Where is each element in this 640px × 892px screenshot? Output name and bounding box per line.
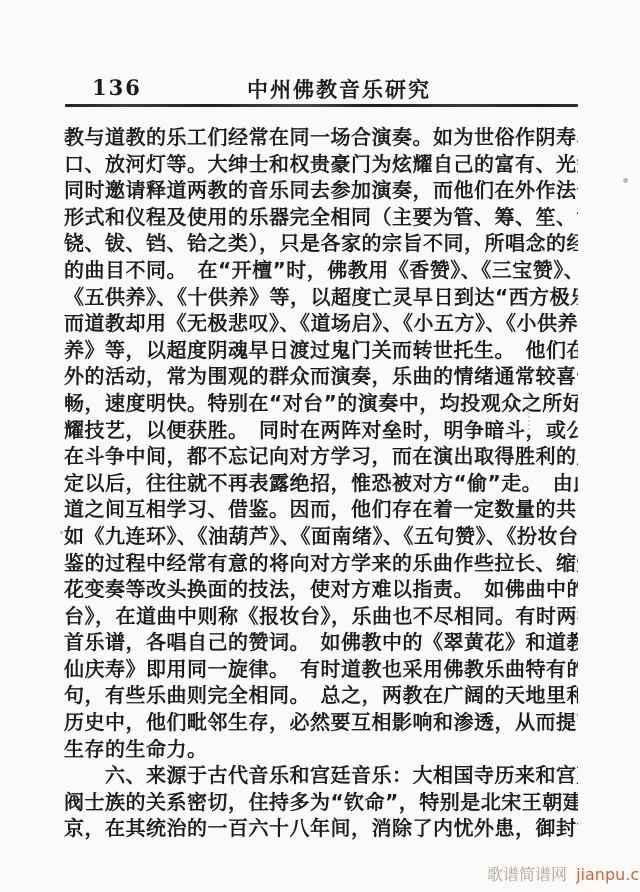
scan-speck <box>60 531 63 534</box>
body-text-line: 《五供养》、《十供养》等，以超度亡灵早日到达“西方极乐世界”； <box>64 284 578 311</box>
body-text-line: 六、来源于古代音乐和宫廷音乐：大相国寺历来和宫廷、门 <box>64 762 578 789</box>
body-text-line: 首乐谱，各唱自己的赞词。 如佛教中的《翠黄花》和道教中的《八 <box>64 629 578 656</box>
body-text-line: 而道教却用《无极悲叹》、《道场启》、《小五方》、《小供养》、《大供 <box>64 310 578 337</box>
body-text-line: 道之间互相学习、借鉴。因而，他们存在着一定数量的共同曲目， <box>64 496 578 523</box>
page-header-title: 中州佛教音乐研究 <box>82 74 596 104</box>
body-text-line: 口、放河灯等。大绅士和权贵豪门为炫耀自己的富有、光宗耀祖， <box>64 151 578 178</box>
scanned-book-page: 136 中州佛教音乐研究 教与道教的乐工们经常在同一场合演奏。如为世俗作阴寿、放… <box>0 0 640 892</box>
body-text-line: 生存的生命力。 <box>64 736 578 763</box>
watermark-domain: jianpu.cn <box>576 865 640 884</box>
watermark-site-name: 歌谱简谱网 <box>487 865 567 884</box>
body-text-line: 历史中，他们毗邻生存，必然要互相影响和渗透，从而提高自我 <box>64 709 578 736</box>
body-text-line: 阀士族的关系密切，住持多为“钦命”，特别是北宋王朝建都东 <box>64 789 578 816</box>
body-text-line: 花变奏等改头换面的技法，使对方难以指责。 如佛曲中的《报中 <box>64 576 578 603</box>
body-text: 教与道教的乐工们经常在同一场合演奏。如为世俗作阴寿、放焰 口、放河灯等。大绅士和… <box>64 124 578 842</box>
body-text-line: 鉴的过程中经常有意的将向对方学来的乐曲作些拉长、缩短、加 <box>64 550 578 577</box>
body-text-line: 外的活动，常为围观的群众而演奏，乐曲的情绪通常较喜悦欢 <box>64 363 578 390</box>
body-text-line: 同时邀请释道两教的音乐同去参加演奏，而他们在外作法会的 <box>64 177 578 204</box>
body-text-line: 形式和仪程及使用的乐器完全相同（主要为管、筹、笙、笛、磬、 <box>64 204 578 231</box>
body-text-line: 畅，速度明快。特别在“对台”的演奏中，均投观众之所好，争相炫 <box>64 390 578 417</box>
body-text-line: 如《九连环》、《油葫芦》、《面南绪》、《五句赞》、《扮妆台》等。 在借 <box>64 523 578 550</box>
body-text-line: 耀技艺，以便获胜。 同时在两阵对垒时，明争暗斗，或公开攻击， <box>64 417 578 444</box>
body-text-line: 铙、钹、铛、铪之类），只是各家的宗旨不同，所唱念的经文和演奏 <box>64 230 578 257</box>
watermark: 歌谱简谱网 jianpu.cn <box>487 862 640 885</box>
body-text-line: 仙庆寿》即用同一旋律。 有时道教也采用佛教乐曲特有的结束 <box>64 656 578 683</box>
body-text-line: 养》等，以超度阴魂早日渡过鬼门关而转世托生。 他们在经堂以 <box>64 337 578 364</box>
header-rule <box>65 104 578 107</box>
body-text-line: 定以后，往往就不再表露绝招，惟恐被对方“偷”走。 由此说明释 <box>64 470 578 497</box>
body-text-line: 京，在其统治的一百六十八年间，消除了内忧外患，御封该寺为 <box>64 815 578 842</box>
body-text-line: 的曲目不同。 在“开檀”时，佛教用《香赞》、《三宝赞》、《参礼条》、 <box>64 257 578 284</box>
scan-dotted-line-artifact <box>528 392 530 430</box>
body-text-line: 台》，在道曲中则称《报妆台》，乐曲也不尽相同。有时两教用同一 <box>64 603 578 630</box>
body-text-line: 教与道教的乐工们经常在同一场合演奏。如为世俗作阴寿、放焰 <box>64 124 578 151</box>
scan-speck <box>623 178 628 183</box>
body-text-line: 在斗争中间，都不忘记向对方学习，而在演出取得胜利的局面稳 <box>64 443 578 470</box>
body-text-line: 句，有些乐曲则完全相同。 总之，两教在广阔的天地里和悠长的 <box>64 682 578 709</box>
